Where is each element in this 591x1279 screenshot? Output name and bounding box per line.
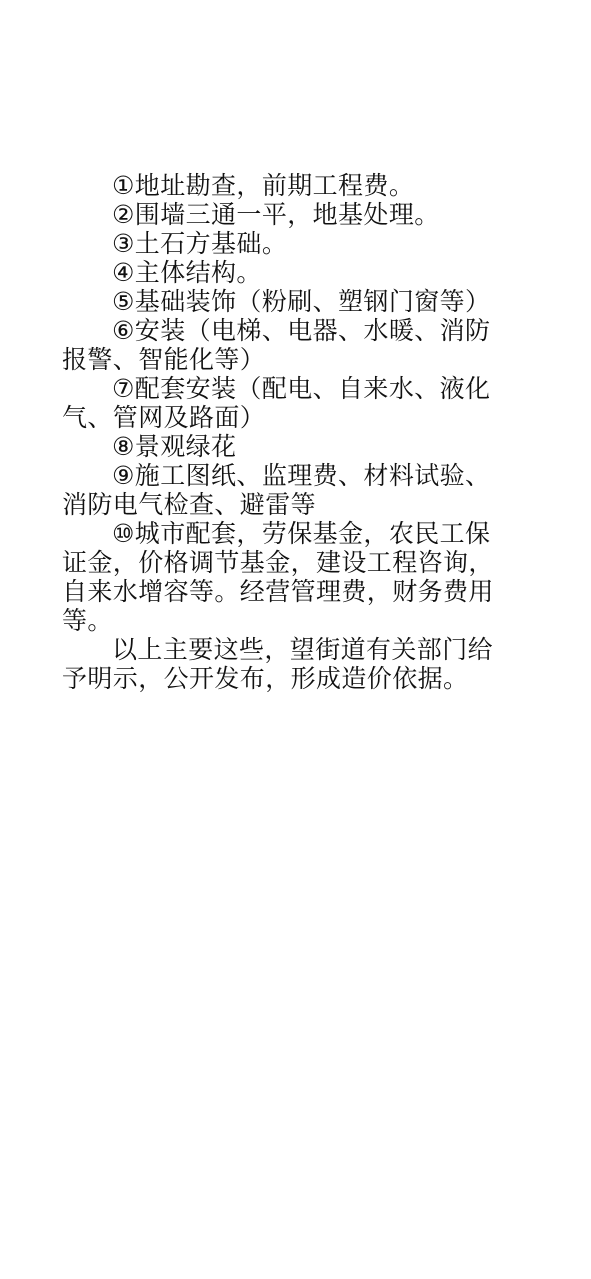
paragraph-item-3: ③土石方基础。 [62,229,502,258]
paragraph-item-6: ⑥安装（电梯、电器、水暖、消防报警、智能化等） [62,316,502,374]
paragraph-item-9: ⑨施工图纸、监理费、材料试验、消防电气检查、避雷等 [62,461,502,519]
paragraph-item-1: ①地址勘查，前期工程费。 [62,171,502,200]
document-body: ①地址勘查，前期工程费。 ②围墙三通一平，地基处理。 ③土石方基础。 ④主体结构… [62,171,502,693]
paragraph-item-7: ⑦配套安装（配电、自来水、液化气、管网及路面） [62,374,502,432]
paragraph-item-8: ⑧景观绿花 [62,432,502,461]
paragraph-item-10: ⑩城市配套，劳保基金，农民工保证金，价格调节基金，建设工程咨询，自来水增容等。经… [62,519,502,635]
paragraph-item-4: ④主体结构。 [62,258,502,287]
paragraph-item-5: ⑤基础装饰（粉刷、塑钢门窗等） [62,287,502,316]
paragraph-conclusion: 以上主要这些，望街道有关部门给予明示，公开发布，形成造价依据。 [62,635,502,693]
paragraph-item-2: ②围墙三通一平，地基处理。 [62,200,502,229]
